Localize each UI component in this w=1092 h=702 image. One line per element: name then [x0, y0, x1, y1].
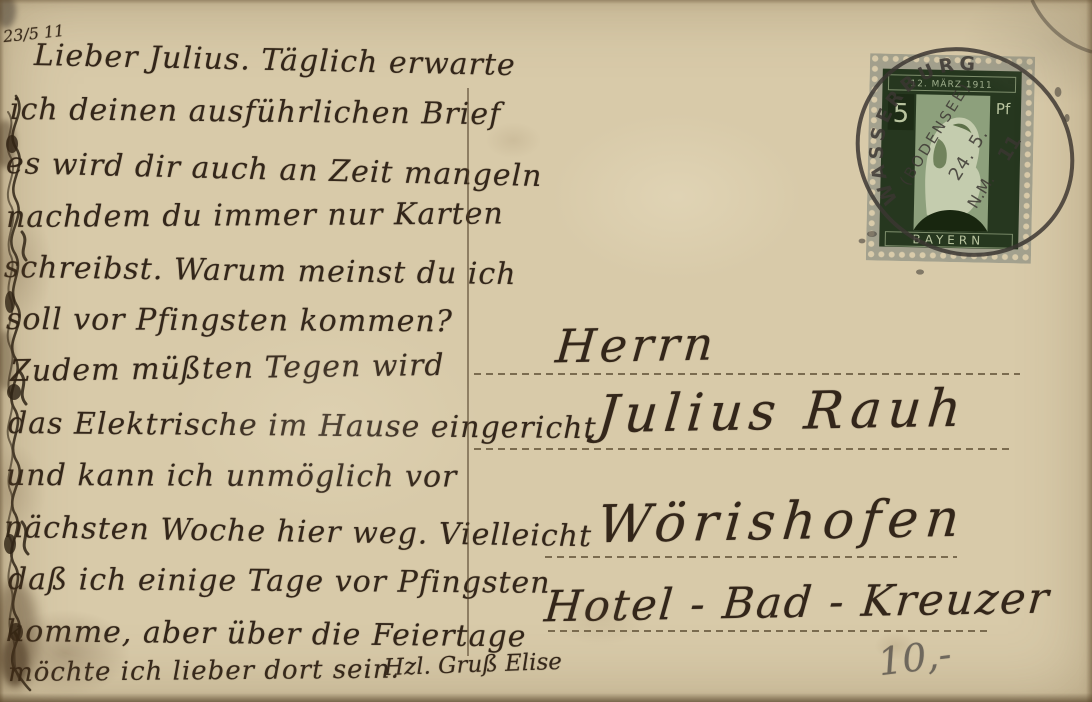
- message-closing: Hzl. Gruß Elise: [384, 649, 563, 681]
- stamp-value: 5: [892, 99, 909, 129]
- message-line: schreibst. Warum meinst du ich: [4, 250, 517, 292]
- address-salutation: Herrn: [553, 317, 719, 374]
- message-line: es wird dir auch an Zeit mangeln: [6, 146, 543, 194]
- message-line: Lieber Julius. Täglich erwarte: [34, 38, 517, 83]
- corner-stain: [0, 0, 16, 28]
- card-divider-rule: [467, 88, 469, 656]
- pencil-price-note: 10,-: [876, 632, 954, 685]
- scan-edge: [0, 0, 4, 702]
- address-rule: [545, 556, 957, 558]
- message-line: das Elektrische im Hause eingericht: [8, 406, 597, 446]
- stamp-top-inscription: 12. MÄRZ 1911: [910, 78, 992, 91]
- message-line: soll vor Pfingsten kommen?: [6, 302, 453, 339]
- postmark-second-strike-arc: [1032, 0, 1092, 52]
- stamp-graphic: 12. MÄRZ 1911 5 Pf BAYERN: [866, 53, 1035, 263]
- address-name: Julius Rauh: [595, 379, 970, 445]
- stamp-unit: Pf: [996, 100, 1011, 118]
- address-rule: [474, 448, 1010, 450]
- message-line: komme, aber über die Feiertage: [6, 614, 527, 654]
- scan-edge: [0, 693, 1092, 702]
- message-line: daß ich einige Tage vor Pfingsten: [8, 562, 551, 601]
- message-line: ich deinen ausführlichen Brief: [10, 92, 502, 132]
- scan-edge: [0, 0, 1092, 4]
- address-town: Wörishofen: [595, 489, 969, 555]
- message-line: Zudem müßten Tegen wird: [10, 348, 445, 389]
- address-street: Hotel - Bad - Kreuzer: [542, 574, 1052, 633]
- message-line: und kann ich unmöglich vor: [6, 458, 458, 495]
- margin-handwriting: [0, 92, 36, 692]
- postage-stamp: 12. MÄRZ 1911 5 Pf BAYERN: [866, 53, 1035, 263]
- message-line: nächsten Woche hier weg. Vielleicht: [4, 510, 593, 554]
- message-line: möchte ich lieber dort sein.: [8, 655, 400, 688]
- scan-edge: [1086, 0, 1092, 702]
- stamp-country: BAYERN: [912, 232, 984, 247]
- message-line: nachdem du immer nur Karten: [6, 197, 504, 235]
